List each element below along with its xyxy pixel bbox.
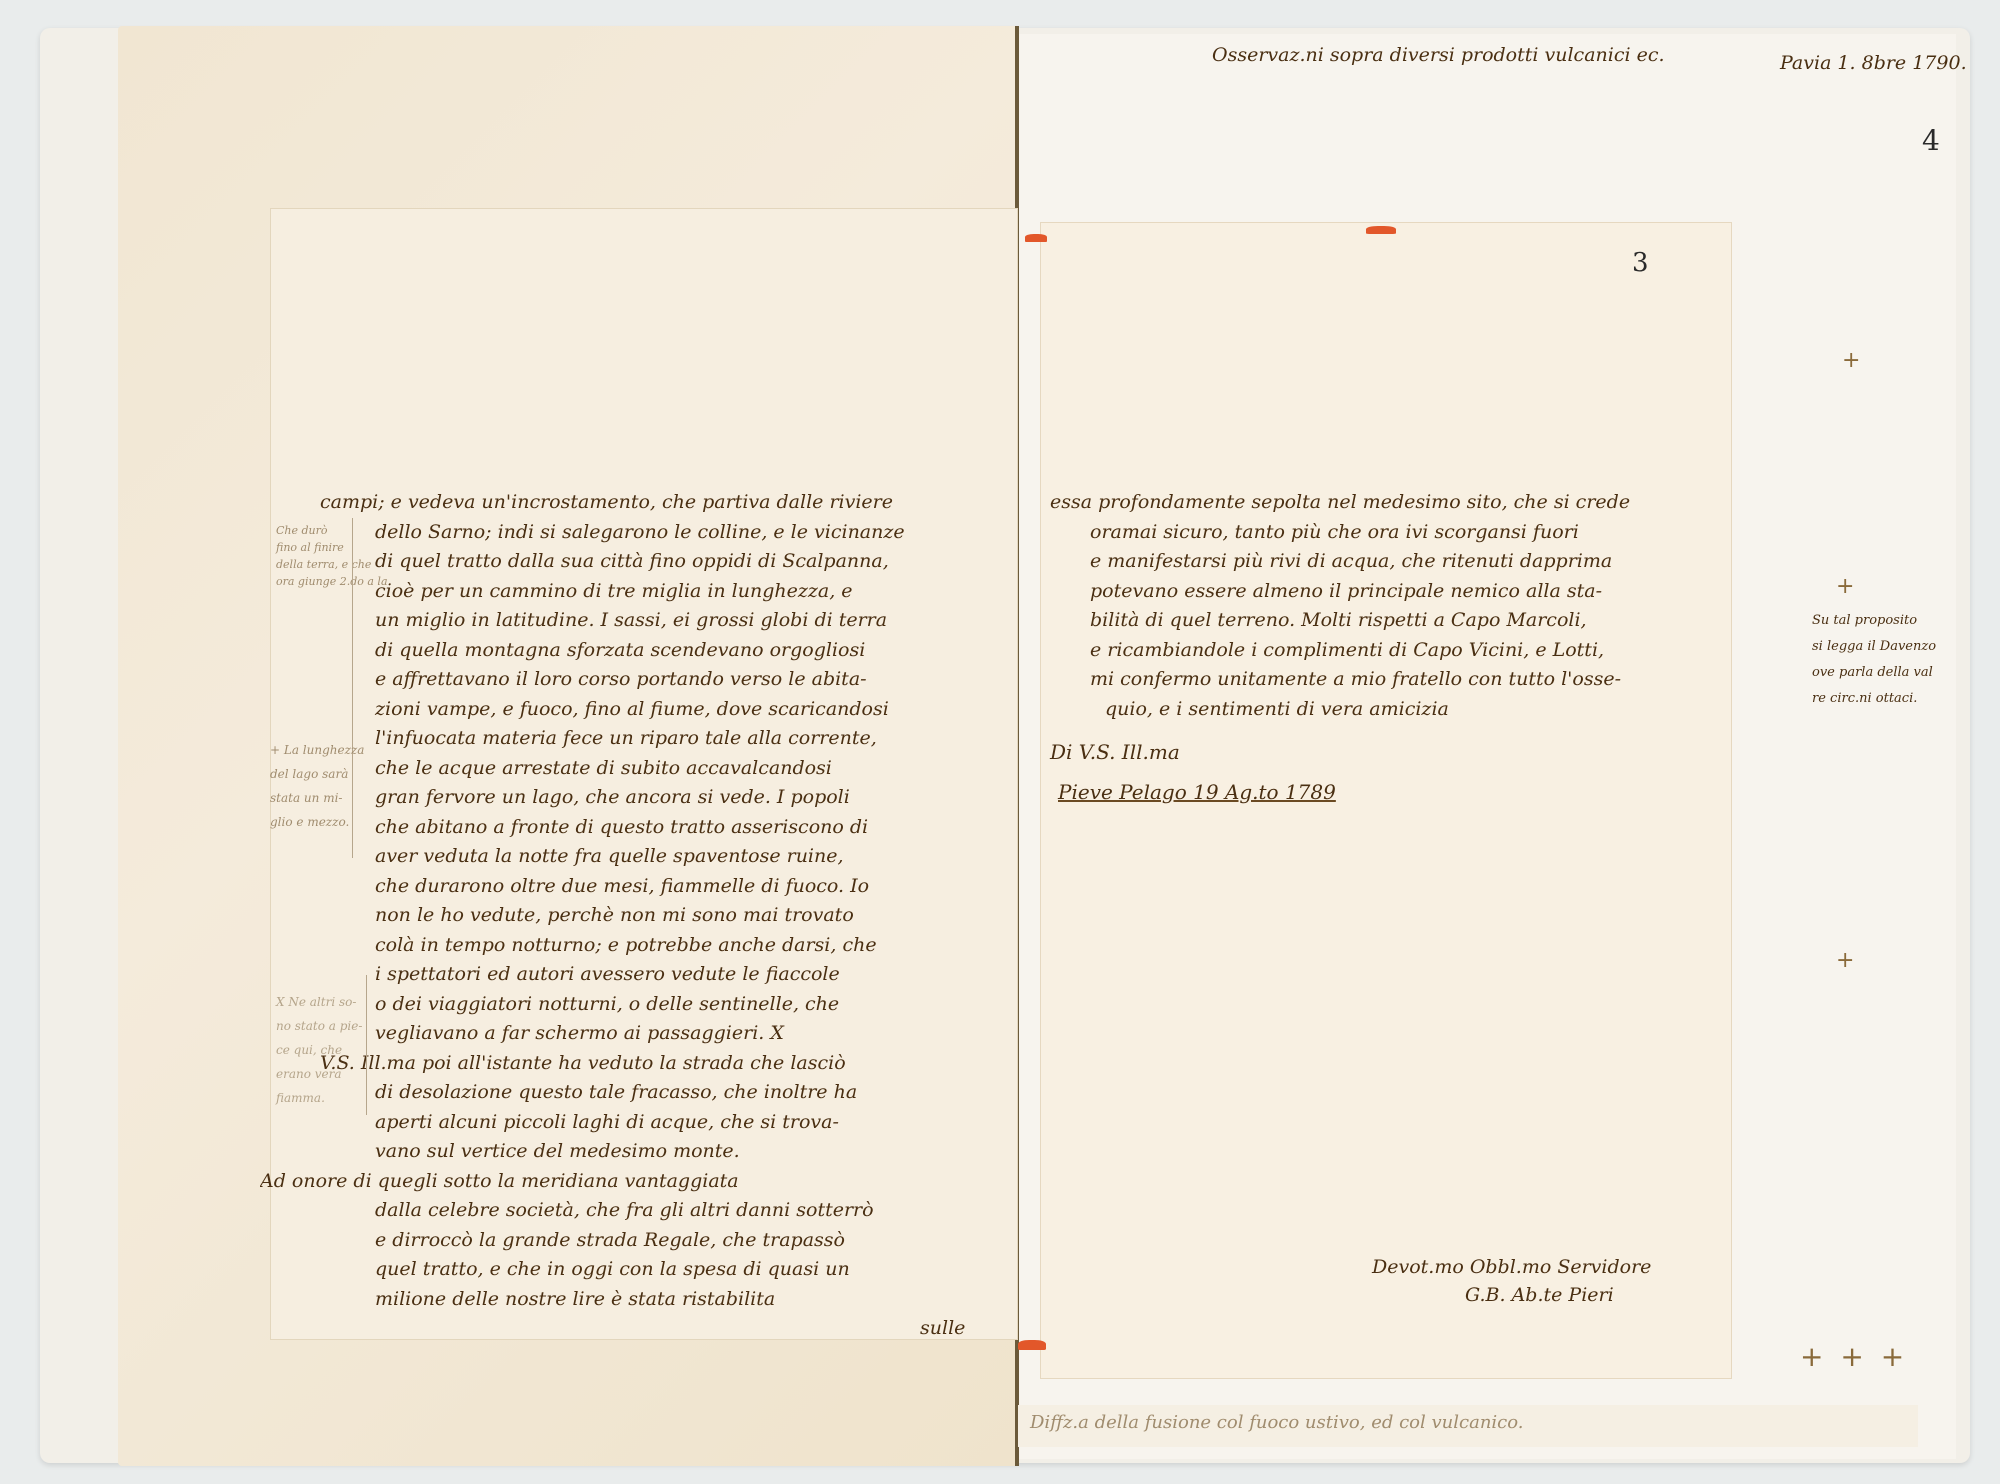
text-line: che durarono oltre due mesi, fiammelle d…	[320, 872, 1020, 902]
margin-note-2: + La lunghezza del lago sarà stata un mi…	[270, 738, 364, 834]
text-line: vegliavano a far schermo ai passaggieri.…	[320, 1019, 1020, 1049]
text-line: V.S. Ill.ma poi all'istante ha veduto la…	[260, 1049, 1020, 1079]
wax-seal-remnant	[1018, 1340, 1046, 1350]
letter-closing: Di V.S. Ill.ma	[1050, 740, 1180, 764]
text-line: zioni vampe, e fuoco, fino al fiume, dov…	[320, 695, 1020, 725]
catchword: sulle	[320, 1314, 1020, 1344]
pencil-cross-mark: +	[1836, 574, 1854, 599]
text-line: potevano essere almeno il principale nem…	[1050, 577, 1740, 607]
note-line: Su tal proposito	[1812, 608, 1936, 634]
pencil-cross-mark: +	[1842, 348, 1860, 373]
footer-note: Diffz.a della fusione col fuoco ustivo, …	[1030, 1412, 1524, 1433]
text-line: milione delle nostre lire è stata ristab…	[320, 1285, 1020, 1315]
text-line: essa profondamente sepolta nel medesimo …	[1050, 488, 1740, 518]
note-line: fiamma.	[276, 1086, 362, 1110]
text-line: o dei viaggiatori notturni, o delle sent…	[320, 990, 1020, 1020]
text-line: cioè per un cammino di tre miglia in lun…	[320, 577, 1020, 607]
letter-dateline: Pieve Pelago 19 Ag.to 1789	[1058, 780, 1336, 804]
text-line: quio, e i sentimenti di vera amicizia	[1050, 695, 1740, 725]
text-line: dalla celebre società, che fra gli altri…	[320, 1196, 1020, 1226]
text-line: quel tratto, e che in oggi con la spesa …	[320, 1255, 1020, 1285]
text-line: campi; e vedeva un'incrostamento, che pa…	[320, 488, 1020, 518]
text-line: vano sul vertice del medesimo monte.	[320, 1137, 1020, 1167]
page-number-outer: 4	[1922, 124, 1940, 157]
text-line: gran fervore un lago, che ancora si vede…	[320, 783, 1020, 813]
text-line: dello Sarno; indi si salegarono le colli…	[320, 518, 1020, 548]
signature-line-1: Devot.mo Obbl.mo Servidore	[1372, 1256, 1651, 1278]
text-line: oramai sicuro, tanto più che ora ivi sco…	[1050, 518, 1740, 548]
wax-seal-remnant	[1366, 226, 1396, 234]
signature-line-2: G.B. Ab.te Pieri	[1465, 1284, 1614, 1306]
note-line: Che durò	[276, 522, 388, 539]
ink-cross-marks: + + +	[1800, 1340, 1908, 1373]
text-line: non le ho vedute, perchè non mi sono mai…	[320, 901, 1020, 931]
note-line: si legga il Davenzo	[1812, 634, 1936, 660]
margin-note-1: Che durò fino al finire della terra, e c…	[276, 522, 388, 590]
text-line: colà in tempo notturno; e potrebbe anche…	[320, 931, 1020, 961]
page-number-right: 3	[1632, 248, 1649, 278]
right-page-text: essa profondamente sepolta nel medesimo …	[1050, 488, 1740, 724]
text-line: e dirroccò la grande strada Regale, che …	[320, 1226, 1020, 1256]
right-margin-note: Su tal proposito si legga il Davenzo ove…	[1812, 608, 1936, 712]
text-line: aperti alcuni piccoli laghi di acque, ch…	[320, 1108, 1020, 1138]
note-line: re circ.ni ottaci.	[1812, 686, 1936, 712]
note-line: della terra, e che	[276, 556, 388, 573]
text-line: Ad onore di quegli sotto la meridiana va…	[260, 1167, 1020, 1197]
note-line: ora giunge 2.do a la	[276, 573, 388, 590]
text-line: mi confermo unitamente a mio fratello co…	[1050, 665, 1740, 695]
text-line: di quel tratto dalla sua città fino oppi…	[320, 547, 1020, 577]
text-line: l'infuocata materia fece un riparo tale …	[320, 724, 1020, 754]
margin-bracket	[366, 975, 367, 1115]
text-line: di quella montagna sforzata scendevano o…	[320, 636, 1020, 666]
note-line: ce qui, che	[276, 1038, 362, 1062]
margin-note-3: X Ne altri so- no stato a pie- ce qui, c…	[276, 990, 362, 1110]
note-line: fino al finire	[276, 539, 388, 556]
text-line: che le acque arrestate di subito accaval…	[320, 754, 1020, 784]
text-line: che abitano a fronte di questo tratto as…	[320, 813, 1020, 843]
note-line: X Ne altri so-	[276, 990, 362, 1014]
note-line: stata un mi-	[270, 786, 364, 810]
text-line: e affrettavano il loro corso portando ve…	[320, 665, 1020, 695]
note-line: del lago sarà	[270, 762, 364, 786]
note-line: glio e mezzo.	[270, 810, 364, 834]
text-line: aver veduta la notte fra quelle spavento…	[320, 842, 1020, 872]
wax-seal-remnant	[1025, 234, 1047, 242]
text-line: e ricambiandole i complimenti di Capo Vi…	[1050, 636, 1740, 666]
text-line: i spettatori ed autori avessero vedute l…	[320, 960, 1020, 990]
text-line: bilità di quel terreno. Molti rispetti a…	[1050, 606, 1740, 636]
pencil-cross-mark: +	[1836, 948, 1854, 973]
text-line: un miglio in latitudine. I sassi, ei gro…	[320, 606, 1020, 636]
note-line: + La lunghezza	[270, 738, 364, 762]
note-line: ove parla della val	[1812, 660, 1936, 686]
left-page-text: campi; e vedeva un'incrostamento, che pa…	[320, 488, 1020, 1344]
note-line: erano vera	[276, 1062, 362, 1086]
header-title-note: Osservaz.ni sopra diversi prodotti vulca…	[1212, 44, 1665, 66]
text-line: e manifestarsi più rivi di acqua, che ri…	[1050, 547, 1740, 577]
header-place-date: Pavia 1. 8bre 1790.	[1780, 52, 1967, 74]
text-line: di desolazione questo tale fracasso, che…	[320, 1078, 1020, 1108]
note-line: no stato a pie-	[276, 1014, 362, 1038]
